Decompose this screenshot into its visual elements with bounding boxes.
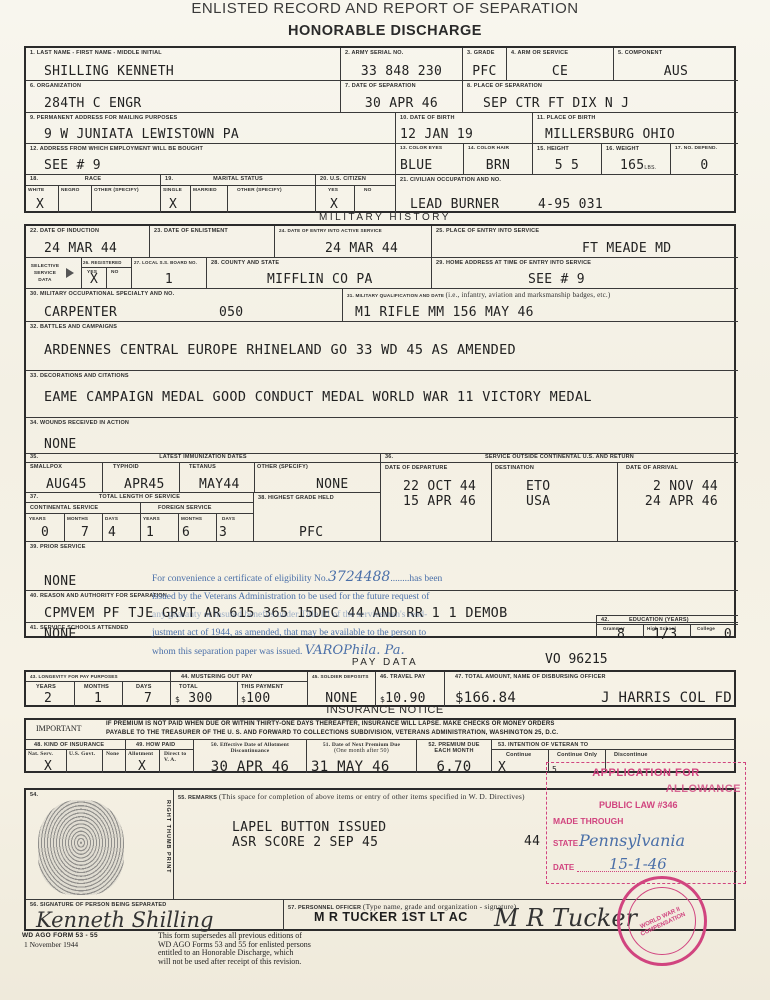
officer-signature: M R Tucker bbox=[494, 904, 637, 932]
field-44: 44. MUSTERING OUT PAY TOTAL THIS PAYMENT… bbox=[171, 672, 308, 707]
field-28: 28. COUNTY AND STATE MIFFLIN CO PA bbox=[207, 258, 432, 289]
field-25: 25. PLACE OF ENTRY INTO SERVICE FT MEADE… bbox=[432, 226, 738, 258]
arrow-right-icon bbox=[66, 268, 74, 278]
allowance-application-stamp: APPLICATION FOR ALLOWANCE PUBLIC LAW #34… bbox=[546, 762, 746, 884]
field-49: 49. HOW PAID Allotment Direct to V. A. X bbox=[126, 740, 194, 773]
document-subtitle: HONORABLE DISCHARGE bbox=[0, 23, 770, 39]
field-24: 24. DATE OF ENTRY INTO ACTIVE SERVICE 24… bbox=[275, 226, 432, 258]
field-50: 50. Effective Date of Allotment Disconti… bbox=[194, 740, 307, 773]
personal-info-block: 1. LAST NAME - FIRST NAME - MIDDLE INITI… bbox=[24, 46, 736, 213]
field-2: 2. ARMY SERIAL NO. 33 848 230 bbox=[341, 48, 463, 81]
field-45: 45. SOLDIER DEPOSITS NONE bbox=[308, 672, 376, 707]
soldier-signature: Kenneth Shilling bbox=[36, 908, 213, 932]
field-16: 16. WEIGHT 165LBS. bbox=[602, 144, 671, 175]
field-36-service-outside: 36. SERVICE OUTSIDE CONTINENTAL U.S. AND… bbox=[381, 454, 738, 542]
citizen-yes-mark: X bbox=[330, 197, 338, 212]
field-37-length-of-service: 37. TOTAL LENGTH OF SERVICE CONTINENTAL … bbox=[26, 492, 254, 542]
field-15: 15. HEIGHT 5 5 bbox=[533, 144, 602, 175]
field-32: 32. BATTLES AND CAMPAIGNS ARDENNES CENTR… bbox=[26, 322, 738, 371]
va-certificate-stamp: For convenience a certificate of eligibi… bbox=[152, 568, 532, 661]
field-47: 47. TOTAL AMOUNT, NAME OF DISBURSING OFF… bbox=[445, 672, 738, 707]
field-34: 34. WOUNDS RECEIVED IN ACTION NONE bbox=[26, 418, 738, 454]
insurance-heading: INSURANCE NOTICE bbox=[0, 704, 770, 716]
field-7: 7. DATE OF SEPARATION 30 APR 46 bbox=[341, 81, 463, 113]
field-14: 14. COLOR HAIR BRN bbox=[464, 144, 533, 175]
field-12: 12. ADDRESS FROM WHICH EMPLOYMENT WILL B… bbox=[26, 144, 396, 175]
selective-service-data: SELECTIVE SERVICE DATA bbox=[26, 258, 82, 289]
field-27: 27. LOCAL S.S. BOARD NO. 1 bbox=[132, 258, 207, 289]
field-3: 3. GRADE PFC bbox=[463, 48, 507, 81]
field-20-citizen: 20. U.S. CITIZEN YES NO X bbox=[316, 175, 396, 213]
field-26: 26. REGISTERED YES NO X bbox=[82, 258, 132, 289]
field-5: 5. COMPONENT AUS bbox=[614, 48, 738, 81]
marital-single-mark: X bbox=[169, 197, 177, 212]
document-title: ENLISTED RECORD AND REPORT OF SEPARATION bbox=[0, 0, 770, 17]
compensation-round-stamp: WORLD WAR II COMPENSATION bbox=[617, 876, 707, 966]
field-13: 13. COLOR EYES BLUE bbox=[396, 144, 464, 175]
form-number: WD AGO FORM 53 - 55 bbox=[22, 932, 98, 939]
field-8: 8. PLACE OF SEPARATION SEP CTR FT DIX N … bbox=[463, 81, 738, 113]
field-4: 4. ARM OR SERVICE CE bbox=[507, 48, 614, 81]
registered-yes-mark: X bbox=[90, 272, 98, 287]
field-51: 51. Date of Next Premium Due (One month … bbox=[307, 740, 417, 773]
discharge-document: ENLISTED RECORD AND REPORT OF SEPARATION… bbox=[0, 0, 770, 1000]
field-35-immunizations: 35. LATEST IMMUNIZATION DATES SMALLPOX T… bbox=[26, 454, 381, 492]
field-30: 30. MILITARY OCCUPATIONAL SPECIALTY AND … bbox=[26, 289, 343, 322]
field-33: 33. DECORATIONS AND CITATIONS EAME CAMPA… bbox=[26, 371, 738, 418]
field-42-education: 42. EDUCATION (Years) Grammar High Schoo… bbox=[596, 615, 738, 638]
field-31: 31. MILITARY QUALIFICATION AND DATE (i.e… bbox=[343, 289, 738, 322]
field-19-marital: 19. MARITAL STATUS SINGLE MARRIED OTHER … bbox=[161, 175, 316, 213]
field-23: 23. DATE OF ENLISTMENT bbox=[150, 226, 275, 258]
supersedes-notice: This form supersedes all previous editio… bbox=[158, 932, 311, 966]
field-22: 22. DATE OF INDUCTION 24 MAR 44 bbox=[26, 226, 150, 258]
field-29: 29. HOME ADDRESS AT TIME OF ENTRY INTO S… bbox=[432, 258, 738, 289]
field-56-signature: 56. SIGNATURE OF PERSON BEING SEPARATED … bbox=[26, 900, 284, 931]
field-48: 48. KIND OF INSURANCE Nat. Serv. U.S. Go… bbox=[26, 740, 126, 773]
field-54-thumbprint: 54. RIGHT THUMB PRINT bbox=[26, 790, 174, 900]
right-thumb-print-label: RIGHT THUMB PRINT bbox=[165, 800, 171, 874]
field-18-race: 18. RACE WHITE NEGRO OTHER (specify) X bbox=[26, 175, 161, 213]
field-6: 6. ORGANIZATION 284TH C ENGR bbox=[26, 81, 341, 113]
field-43: 43. LONGEVITY FOR PAY PURPOSES YEARS MON… bbox=[26, 672, 171, 707]
race-white-mark: X bbox=[36, 197, 44, 212]
field-10: 10. DATE OF BIRTH 12 JAN 19 bbox=[396, 113, 533, 144]
thumbprint-image bbox=[38, 800, 124, 895]
pay-data-heading: PAY DATA bbox=[0, 657, 770, 668]
field-21: 21. CIVILIAN OCCUPATION AND NO. LEAD BUR… bbox=[396, 175, 738, 213]
insurance-notice: IMPORTANT IF PREMIUM IS NOT PAID WHEN DU… bbox=[26, 720, 736, 740]
field-46: 46. TRAVEL PAY $10.90 bbox=[376, 672, 445, 707]
field-38: 38. HIGHEST GRADE HELD PFC bbox=[254, 492, 381, 542]
pay-data-block: 43. LONGEVITY FOR PAY PURPOSES YEARS MON… bbox=[24, 670, 736, 707]
voucher-number: VO 96215 bbox=[545, 652, 608, 667]
field-11: 11. PLACE OF BIRTH MILLERSBURG OHIO bbox=[533, 113, 738, 144]
military-history-heading: MILITARY HISTORY bbox=[0, 212, 770, 223]
name-value: SHILLING KENNETH bbox=[44, 64, 174, 79]
form-date: 1 November 1944 bbox=[24, 940, 78, 949]
field-9: 9. PERMANENT ADDRESS FOR MAILING PURPOSE… bbox=[26, 113, 396, 144]
field-1: 1. LAST NAME - FIRST NAME - MIDDLE INITI… bbox=[26, 48, 341, 81]
important-label: IMPORTANT bbox=[36, 724, 82, 733]
field-52: 52. PREMIUM DUE EACH MONTH 6.70 bbox=[417, 740, 492, 773]
field-17: 17. NO. DEPEND. 0 bbox=[671, 144, 738, 175]
